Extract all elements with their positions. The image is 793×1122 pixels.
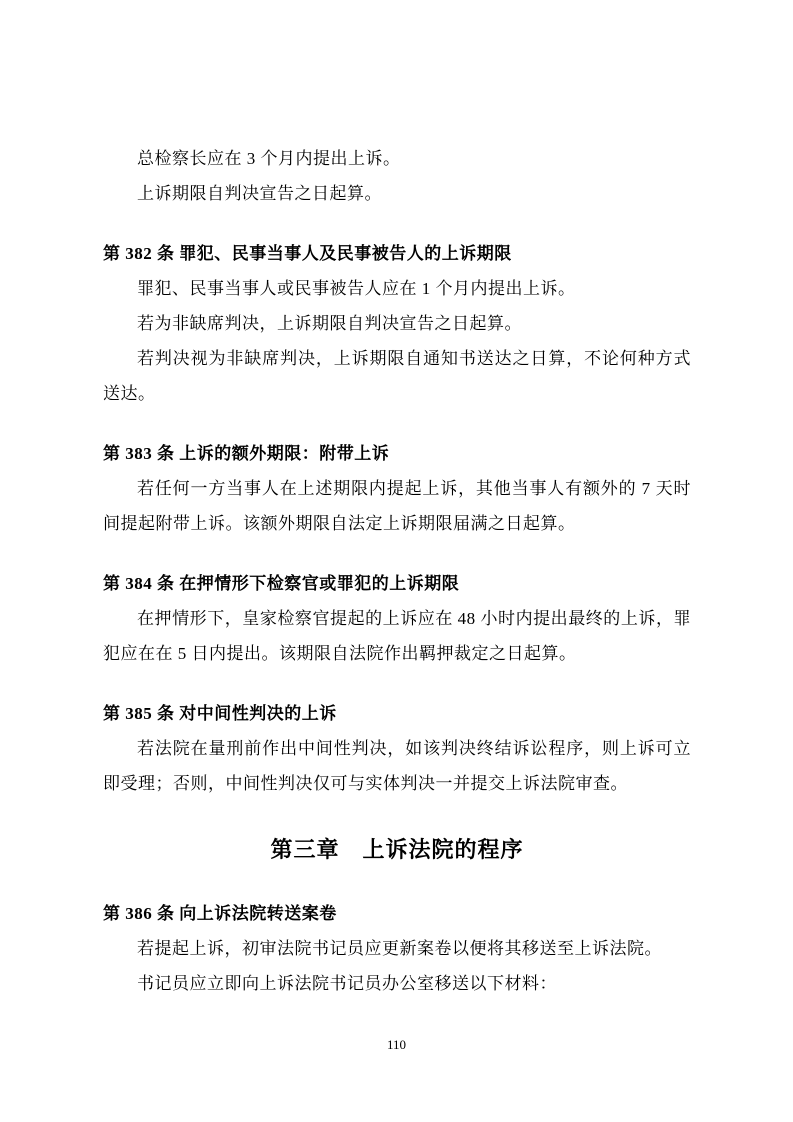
intro-paragraph: 上诉期限自判决宣告之日起算。 xyxy=(103,176,691,211)
article-382-heading: 第 382 条 罪犯、民事当事人及民事被告人的上诉期限 xyxy=(103,236,691,271)
article-384: 第 384 条 在押情形下检察官或罪犯的上诉期限 在押情形下，皇家检察官提起的上… xyxy=(103,566,691,671)
article-paragraph: 在押情形下，皇家检察官提起的上诉应在 48 小时内提出最终的上诉，罪犯应在在 5… xyxy=(103,601,691,671)
page-number: 110 xyxy=(0,1036,793,1054)
intro-paragraph: 总检察长应在 3 个月内提出上诉。 xyxy=(103,141,691,176)
document-body: 总检察长应在 3 个月内提出上诉。 上诉期限自判决宣告之日起算。 第 382 条… xyxy=(103,141,691,1001)
article-385: 第 385 条 对中间性判决的上诉 若法院在量刑前作出中间性判决，如该判决终结诉… xyxy=(103,696,691,801)
article-paragraph: 若任何一方当事人在上述期限内提起上诉，其他当事人有额外的 7 天时间提起附带上诉… xyxy=(103,471,691,541)
article-paragraph: 若判决视为非缺席判决，上诉期限自通知书送达之日算，不论何种方式送达。 xyxy=(103,341,691,411)
article-386: 第 386 条 向上诉法院转送案卷 若提起上诉，初审法院书记员应更新案卷以便将其… xyxy=(103,896,691,1001)
article-382: 第 382 条 罪犯、民事当事人及民事被告人的上诉期限 罪犯、民事当事人或民事被… xyxy=(103,236,691,411)
article-paragraph: 若提起上诉，初审法院书记员应更新案卷以便将其移送至上诉法院。 xyxy=(103,931,691,966)
article-paragraph: 若为非缺席判决，上诉期限自判决宣告之日起算。 xyxy=(103,306,691,341)
article-paragraph: 书记员应立即向上诉法院书记员办公室移送以下材料： xyxy=(103,966,691,1001)
chapter-heading: 第三章 上诉法院的程序 xyxy=(103,828,691,871)
article-385-heading: 第 385 条 对中间性判决的上诉 xyxy=(103,696,691,731)
article-384-heading: 第 384 条 在押情形下检察官或罪犯的上诉期限 xyxy=(103,566,691,601)
document-page: 总检察长应在 3 个月内提出上诉。 上诉期限自判决宣告之日起算。 第 382 条… xyxy=(0,0,793,1122)
article-383-heading: 第 383 条 上诉的额外期限：附带上诉 xyxy=(103,436,691,471)
article-paragraph: 罪犯、民事当事人或民事被告人应在 1 个月内提出上诉。 xyxy=(103,271,691,306)
article-paragraph: 若法院在量刑前作出中间性判决，如该判决终结诉讼程序，则上诉可立即受理；否则，中间… xyxy=(103,731,691,801)
article-386-heading: 第 386 条 向上诉法院转送案卷 xyxy=(103,896,691,931)
article-383: 第 383 条 上诉的额外期限：附带上诉 若任何一方当事人在上述期限内提起上诉，… xyxy=(103,436,691,541)
